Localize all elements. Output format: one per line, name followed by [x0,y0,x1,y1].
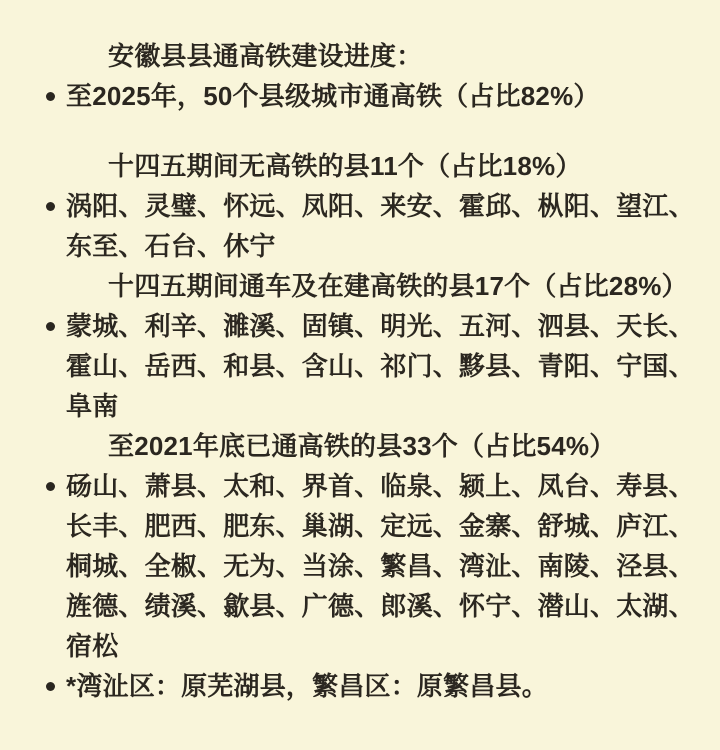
list-item-text: 至2025年，50个县级城市通高铁（占比82%） [66,81,600,111]
page-title: 安徽县县通高铁建设进度： [0,36,720,76]
list-item-connected-counties: 砀山、萧县、太和、界首、临泉、颍上、凤台、寿县、 [0,466,720,506]
county-list-line: 蒙城、利辛、濉溪、固镇、明光、五河、泗县、天长、 [66,311,695,341]
bullet-icon [46,322,55,331]
county-list-line: 宿松 [0,626,720,666]
list-item-under-construction-counties: 蒙城、利辛、濉溪、固镇、明光、五河、泗县、天长、 [0,306,720,346]
bullet-icon [46,482,55,491]
bullet-icon [46,682,55,691]
section-heading-already-connected: 至2021年底已通高铁的县33个（占比54%） [0,426,720,466]
list-item-no-hsr-counties: 涡阳、灵璧、怀远、凤阳、来安、霍邱、枞阳、望江、 [0,186,720,226]
section-heading-no-hsr: 十四五期间无高铁的县11个（占比18%） [0,146,720,186]
bullet-icon [46,202,55,211]
footnote-text: *湾沚区：原芜湖县，繁昌区：原繁昌县。 [66,671,548,701]
footnote: *湾沚区：原芜湖县，繁昌区：原繁昌县。 [0,666,720,706]
section-heading-under-construction: 十四五期间通车及在建高铁的县17个（占比28%） [0,266,720,306]
county-list-line: 桐城、全椒、无为、当涂、繁昌、湾沚、南陵、泾县、 [0,546,720,586]
section-divider-space [0,116,720,146]
county-list-line: 霍山、岳西、和县、含山、祁门、黟县、青阳、宁国、 [0,346,720,386]
county-list-line: 阜南 [0,386,720,426]
list-item-plan-2025: 至2025年，50个县级城市通高铁（占比82%） [0,76,720,116]
bullet-icon [46,92,55,101]
document-card: 安徽县县通高铁建设进度： 至2025年，50个县级城市通高铁（占比82%） 十四… [0,0,720,750]
county-list-line: 东至、石台、休宁 [0,226,720,266]
county-list-line: 长丰、肥西、肥东、巢湖、定远、金寨、舒城、庐江、 [0,506,720,546]
county-list-line: 旌德、绩溪、歙县、广德、郎溪、怀宁、潜山、太湖、 [0,586,720,626]
county-list-line: 砀山、萧县、太和、界首、临泉、颍上、凤台、寿县、 [66,471,695,501]
county-list-line: 涡阳、灵璧、怀远、凤阳、来安、霍邱、枞阳、望江、 [66,191,695,221]
